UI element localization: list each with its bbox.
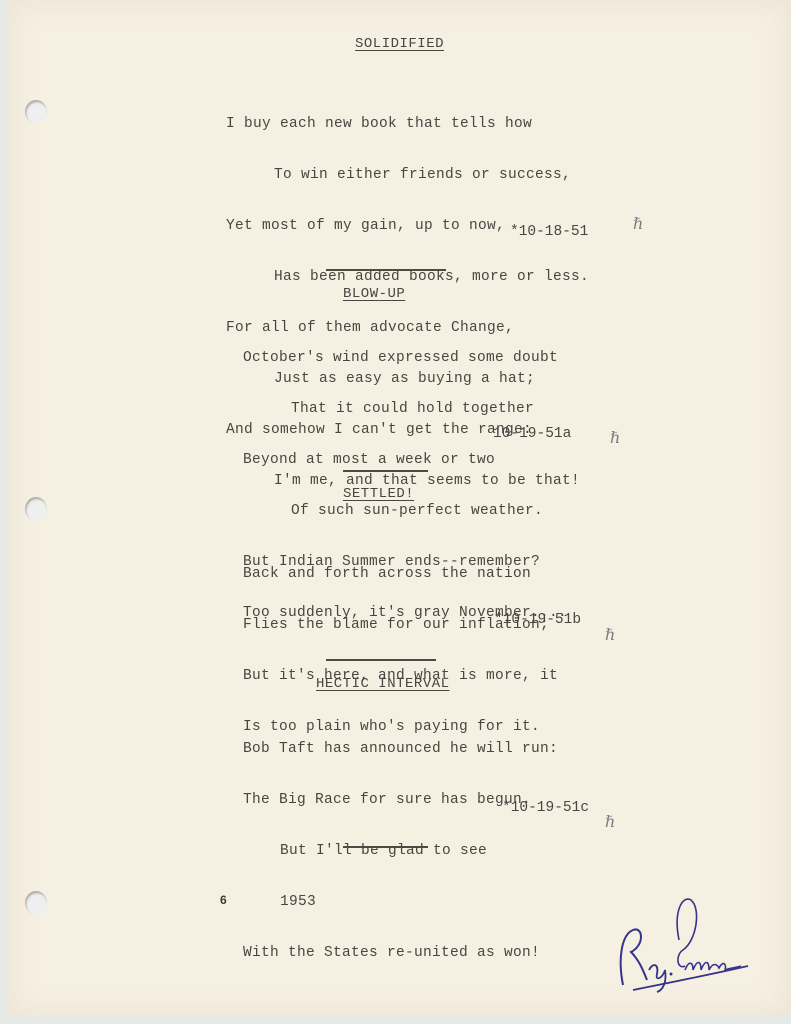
poem-line: 1953 xyxy=(243,894,558,911)
poem-line: With the States re-united as won! xyxy=(243,945,558,962)
poem-line: Bob Taft has announced he will run: xyxy=(243,741,558,758)
margin-mark-icon: ℏ xyxy=(605,812,615,831)
punch-hole xyxy=(25,100,47,124)
poem-date: *10-19-51c xyxy=(502,800,589,816)
poem-line: Has been added books, more or less. xyxy=(226,269,589,286)
poem-line: October's wind expressed some doubt xyxy=(243,350,567,367)
punch-hole xyxy=(25,497,47,521)
typed-page: SOLIDIFIED I buy each new book that tell… xyxy=(8,0,791,1016)
margin-mark-icon: ℏ xyxy=(605,625,615,644)
poem-title: SOLIDIFIED xyxy=(355,36,444,52)
divider xyxy=(326,269,446,271)
poem-date: 10-19-51a xyxy=(493,426,571,442)
margin-mark-icon: ℏ xyxy=(633,214,643,233)
divider xyxy=(343,470,428,472)
poem-line: Of such sun-perfect weather. xyxy=(243,503,567,520)
divider xyxy=(326,659,436,661)
poem-line: I buy each new book that tells how xyxy=(226,116,589,133)
poem-line: Beyond at most a week or two xyxy=(243,452,567,469)
poem-title: HECTIC INTERVAL xyxy=(316,676,450,692)
poem-date: *10-18-51 xyxy=(510,224,588,240)
poem-body: Bob Taft has announced he will run: The … xyxy=(243,707,558,996)
signature-icon xyxy=(613,890,753,1000)
poem-line: To win either friends or success, xyxy=(226,167,589,184)
punch-hole xyxy=(25,891,47,915)
poem-line: That it could hold together xyxy=(243,401,567,418)
poem-line: Back and forth across the nation xyxy=(243,566,558,583)
poem-title: SETTLED! xyxy=(343,486,414,502)
page-number: 6 xyxy=(220,893,227,907)
poem-date: *10-19-51b xyxy=(494,612,581,628)
divider xyxy=(343,846,428,848)
margin-mark-icon: ℏ xyxy=(610,428,620,447)
poem-title: BLOW-UP xyxy=(343,286,405,302)
